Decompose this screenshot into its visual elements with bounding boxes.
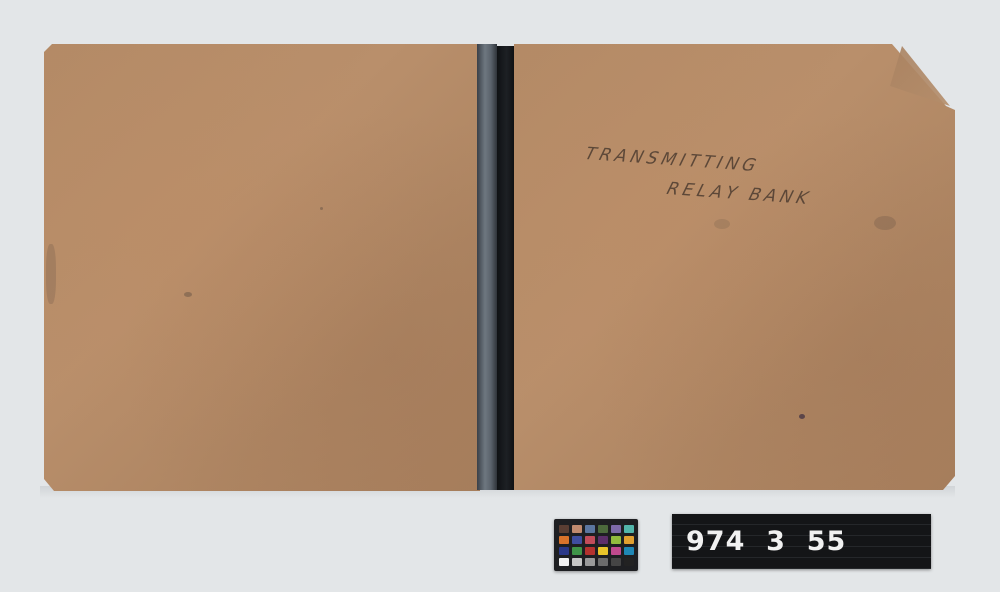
color-swatch: [559, 547, 569, 555]
artifact-photo: TRANSMITTING RELAY BANK 974 3 55: [0, 0, 1000, 592]
color-swatch: [598, 536, 608, 544]
color-swatch: [624, 547, 634, 555]
color-swatch: [611, 525, 621, 533]
color-swatch: [585, 536, 595, 544]
spine-grey-strip: [477, 44, 497, 490]
stain-mark: [874, 216, 896, 230]
color-swatch: [559, 525, 569, 533]
color-checker-card: [554, 519, 638, 571]
color-swatch: [572, 536, 582, 544]
dot-mark: [320, 207, 323, 210]
folder-back-cover: [44, 44, 480, 491]
stain-mark: [714, 219, 730, 229]
color-swatch: [572, 547, 582, 555]
spine-black-strip: [497, 46, 516, 490]
color-swatch: [559, 536, 569, 544]
color-swatch: [624, 525, 634, 533]
ink-spot: [799, 414, 805, 419]
color-swatch: [572, 525, 582, 533]
color-swatch: [585, 547, 595, 555]
color-swatch: [611, 547, 621, 555]
accession-number-board: 974 3 55: [672, 514, 931, 569]
color-swatch: [611, 536, 621, 544]
color-swatch: [572, 558, 582, 566]
color-swatch: [598, 558, 608, 566]
color-swatch: [598, 547, 608, 555]
color-swatch: [598, 525, 608, 533]
color-swatch: [624, 536, 634, 544]
stain-mark: [184, 292, 192, 297]
color-swatch: [585, 558, 595, 566]
accession-number: 974 3 55: [686, 526, 846, 557]
color-swatch: [559, 558, 569, 566]
folder-front-cover: [514, 44, 955, 490]
edge-wear: [46, 244, 56, 304]
color-swatch: [585, 525, 595, 533]
color-swatch: [624, 558, 634, 566]
color-swatch: [611, 558, 621, 566]
